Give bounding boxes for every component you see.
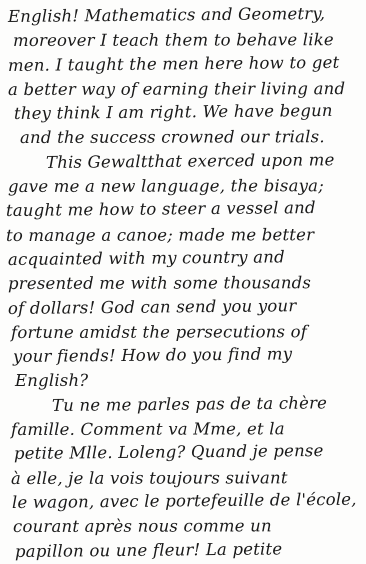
handwritten-line: they think I am right. We have begun: [14, 99, 362, 127]
handwritten-line: petite Mlle. Loleng? Quand je pense: [14, 439, 362, 467]
manuscript-page: English! Mathematics and Geometry, moreo…: [0, 0, 366, 564]
handwritten-line: papillon ou une fleur! La petite: [15, 536, 362, 564]
handwritten-line: men. I taught the men here how to get: [8, 50, 362, 78]
handwritten-line: taught me how to steer a vessel and: [6, 196, 362, 224]
handwritten-line: le wagon, avec le portefeuille de l'écol…: [12, 488, 362, 516]
handwritten-line-paragraph-start: Tu ne me parles pas de ta chère: [52, 391, 362, 418]
handwritten-line: presented me with some thousands: [8, 271, 362, 296]
handwritten-line: English?: [15, 369, 362, 394]
handwritten-line: moreover I teach them to behave like: [13, 28, 362, 53]
handwritten-line: of dollars! God can send you your: [8, 293, 362, 321]
handwritten-line: your fiends! How do you find my: [13, 342, 362, 370]
handwritten-line: English! Mathematics and Geometry,: [8, 2, 362, 30]
handwritten-line: and the success crowned our trials.: [20, 126, 362, 151]
handwritten-line: acquainted with my country and: [8, 245, 362, 273]
handwritten-line: courant après nous comme un: [13, 514, 362, 539]
handwritten-line-paragraph-start: This Gewaltthat exerced upon me: [46, 148, 362, 175]
